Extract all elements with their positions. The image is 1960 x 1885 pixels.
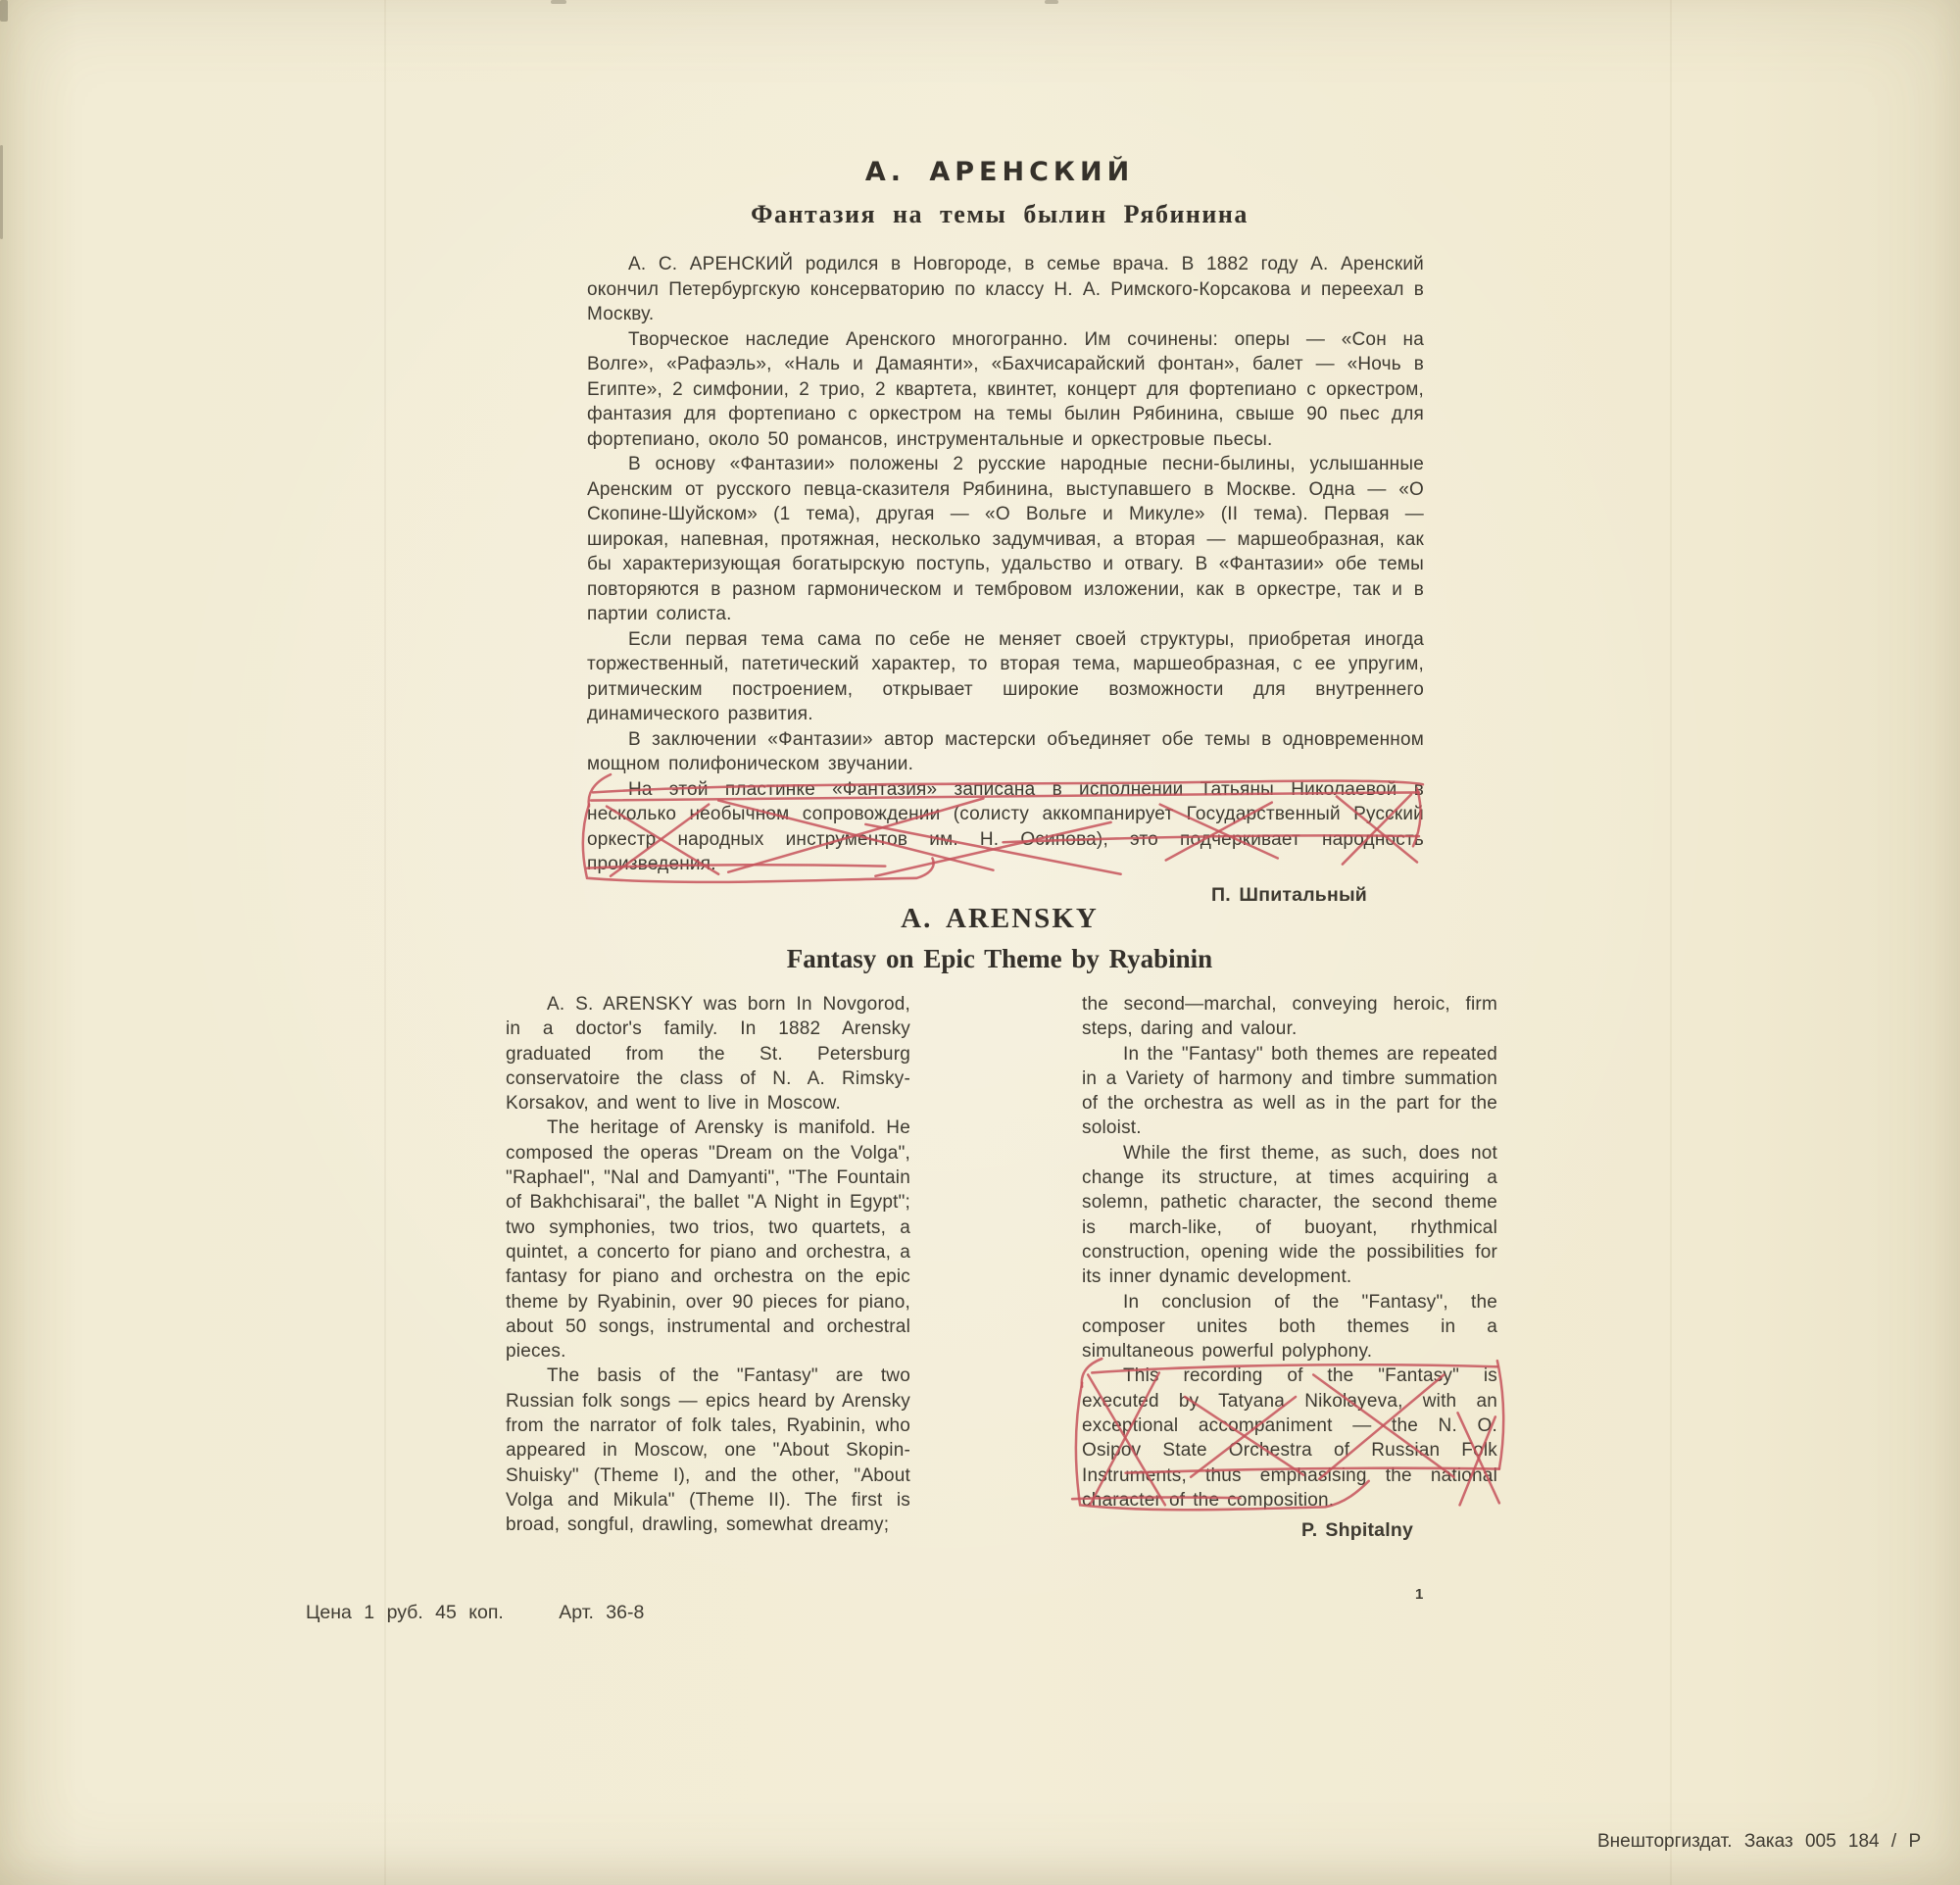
russian-paragraph: В основу «Фантазии» положены 2 русские н…: [587, 452, 1424, 627]
article-number: Арт. 36-8: [559, 1602, 644, 1623]
scan-edge-mark: [0, 145, 3, 239]
publisher-imprint: Внешторгиздат. Заказ 005 184 / Р: [1597, 1831, 1921, 1853]
russian-crossed-out-paragraph: На этой пластинке «Фантазия» записана в …: [587, 777, 1424, 877]
english-paragraph: A. S. ARENSKY was born In Novgorod, in a…: [506, 992, 910, 1116]
paper-crease: [1670, 0, 1672, 1885]
english-heading-block: A. ARENSKY Fantasy on Epic Theme by Ryab…: [539, 903, 1460, 974]
scan-edge-mark: [1045, 0, 1058, 4]
russian-paragraph: Если первая тема сама по себе не меняет …: [587, 627, 1424, 727]
record-sleeve-back-page: А. АРЕНСКИЙ Фантазия на темы былин Рябин…: [0, 0, 1960, 1885]
russian-liner-notes: А. С. АРЕНСКИЙ родился в Новгороде, в се…: [587, 252, 1424, 908]
english-paragraph: In conclusion of the "Fantasy", the comp…: [1082, 1290, 1497, 1364]
english-left-column: A. S. ARENSKY was born In Novgorod, in a…: [506, 992, 910, 1538]
russian-paragraph: В заключении «Фантазии» автор мастерски …: [587, 727, 1424, 777]
english-paragraph: In the "Fantasy" both themes are repeate…: [1082, 1042, 1497, 1141]
english-paragraph: The basis of the "Fantasy" are two Russi…: [506, 1364, 910, 1537]
russian-paragraph: А. С. АРЕНСКИЙ родился в Новгороде, в се…: [587, 252, 1424, 327]
russian-crossed-out-block: На этой пластинке «Фантазия» записана в …: [587, 777, 1424, 877]
english-paragraph: the second—marchal, conveying heroic, fi…: [1082, 992, 1497, 1042]
page-number: 1: [1415, 1586, 1423, 1603]
english-crossed-out-paragraph: This recording of the "Fantasy" is execu…: [1082, 1364, 1497, 1513]
scan-edge-mark: [0, 0, 8, 22]
english-author-signature: P. Shpitalny: [1082, 1518, 1497, 1543]
english-composer-title: A. ARENSKY: [539, 903, 1460, 935]
russian-paragraph: Творческое наследие Аренского многогранн…: [587, 327, 1424, 453]
english-crossed-out-block: This recording of the "Fantasy" is execu…: [1082, 1364, 1497, 1513]
price-line: Цена 1 руб. 45 коп. Арт. 36-8: [306, 1602, 644, 1624]
russian-work-subtitle: Фантазия на темы былин Рябинина: [539, 200, 1460, 229]
scan-edge-mark: [551, 0, 566, 4]
english-paragraph: While the first theme, as such, does not…: [1082, 1141, 1497, 1290]
price-label: Цена 1 руб. 45 коп.: [306, 1602, 504, 1623]
english-work-subtitle: Fantasy on Epic Theme by Ryabinin: [539, 944, 1460, 974]
english-right-column: the second—marchal, conveying heroic, fi…: [1082, 992, 1497, 1544]
russian-composer-title: А. АРЕНСКИЙ: [539, 157, 1460, 187]
russian-heading-block: А. АРЕНСКИЙ Фантазия на темы былин Рябин…: [539, 157, 1460, 229]
english-paragraph: The heritage of Arensky is manifold. He …: [506, 1116, 910, 1364]
